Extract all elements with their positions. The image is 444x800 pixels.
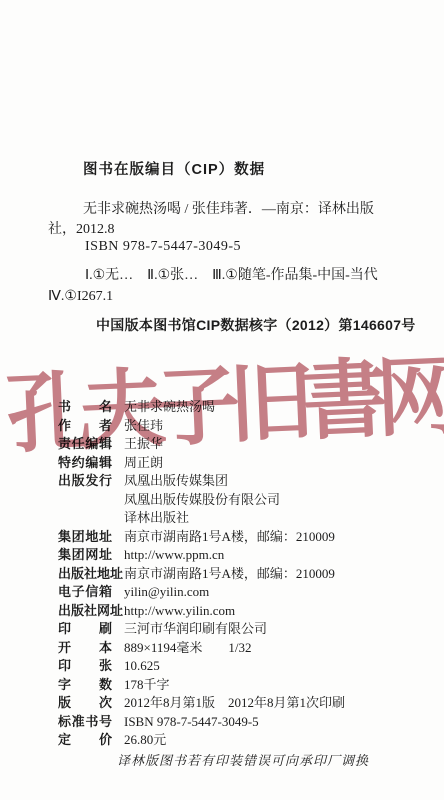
colophon-row-value: 张佳玮 [124,417,163,436]
colophon-row-label: 标准书号 [58,713,112,732]
colophon-row-label: 特约编辑 [58,454,112,473]
colophon-row-label: 定价 [58,731,112,750]
colophon-row-value: yilin@yilin.com [124,583,209,602]
cip-isbn-line: ISBN 978-7-5447-3049-5 [85,238,241,256]
colophon-row-value: 周正朗 [124,454,163,473]
colophon-row-value: ISBN 978-7-5447-3049-5 [124,713,259,732]
colophon-row-value: 889×1194毫米 1/32 [124,639,251,658]
colophon-row-value: 178千字 [124,676,170,695]
colophon-row-value: 三河市华润印刷有限公司 [124,620,267,639]
book-copyright-page: 图书在版编目（CIP）数据 无非求碗热汤喝 / 张佳玮著．—南京：译林出版 社，… [0,0,444,800]
colophon-row-label: 责任编辑 [58,435,112,454]
colophon-row-value: 南京市湖南路1号A楼，邮编：210009 [124,565,335,584]
cip-classification-line1: Ⅰ.①无… Ⅱ.①张… Ⅲ.①随笔-作品集-中国-当代 [85,267,378,285]
colophon-row: 版次2012年8月第1版 2012年8月第1次印刷 [58,694,428,713]
colophon-row-value: 26.80元 [124,731,166,750]
cip-entry-line1: 无非求碗热汤喝 / 张佳玮著．—南京：译林出版 [83,201,374,219]
colophon-row: 集团地址南京市湖南路1号A楼，邮编：210009 [58,528,428,547]
colophon-row-label: 出版社网址 [58,602,112,621]
colophon-row: 集团网址http://www.ppm.cn [58,546,428,565]
colophon-row: 字数178千字 [58,676,428,695]
colophon-row: 出版社网址http://www.yilin.com [58,602,428,621]
colophon-row: 书名无非求碗热汤喝 [58,398,428,417]
colophon-row-label: 出版发行 [58,472,112,491]
colophon-row-label: 印张 [58,657,112,676]
colophon-row-label: 集团网址 [58,546,112,565]
colophon-row: 出版发行凤凰出版传媒集团凤凰出版传媒股份有限公司译林出版社 [58,472,428,528]
cip-classification-line2: Ⅳ.①I267.1 [48,288,113,306]
colophon-row: 开本889×1194毫米 1/32 [58,639,428,658]
colophon-row-value: http://www.ppm.cn [124,546,224,565]
cip-record-number: 中国版本图书馆CIP数据核字（2012）第146607号 [96,317,416,335]
colophon-row-label: 开本 [58,639,112,658]
colophon-row-label: 集团地址 [58,528,112,547]
colophon-row-value: 南京市湖南路1号A楼，邮编：210009 [124,528,335,547]
colophon-row-label: 印刷 [58,620,112,639]
colophon-table: 书名无非求碗热汤喝作者张佳玮责任编辑王振华特约编辑周正朗出版发行凤凰出版传媒集团… [58,398,428,750]
colophon-row: 标准书号ISBN 978-7-5447-3049-5 [58,713,428,732]
colophon-row-value: 10.625 [124,657,160,676]
colophon-row-label: 书名 [58,398,112,417]
colophon-row-value: 无非求碗热汤喝 [124,398,215,417]
colophon-row-label: 版次 [58,694,112,713]
footer-note: 译林版图书若有印装错误可向承印厂调换 [117,753,369,769]
colophon-row-label: 电子信箱 [58,583,112,602]
colophon-row-value: 王振华 [124,435,163,454]
colophon-row-value: http://www.yilin.com [124,602,235,621]
colophon-row-label: 出版社地址 [58,565,112,584]
cip-entry-line2: 社，2012.8 [48,221,115,239]
colophon-row-value: 2012年8月第1版 2012年8月第1次印刷 [124,694,345,713]
colophon-row: 印刷三河市华润印刷有限公司 [58,620,428,639]
colophon-row-value: 凤凰出版传媒集团凤凰出版传媒股份有限公司译林出版社 [124,472,280,528]
cip-title: 图书在版编目（CIP）数据 [83,161,265,179]
colophon-row-label: 字数 [58,676,112,695]
colophon-row: 责任编辑王振华 [58,435,428,454]
colophon-row: 印张10.625 [58,657,428,676]
colophon-row: 定价26.80元 [58,731,428,750]
colophon-row: 作者张佳玮 [58,417,428,436]
colophon-row: 出版社地址南京市湖南路1号A楼，邮编：210009 [58,565,428,584]
colophon-row: 特约编辑周正朗 [58,454,428,473]
colophon-row: 电子信箱yilin@yilin.com [58,583,428,602]
colophon-row-label: 作者 [58,417,112,436]
